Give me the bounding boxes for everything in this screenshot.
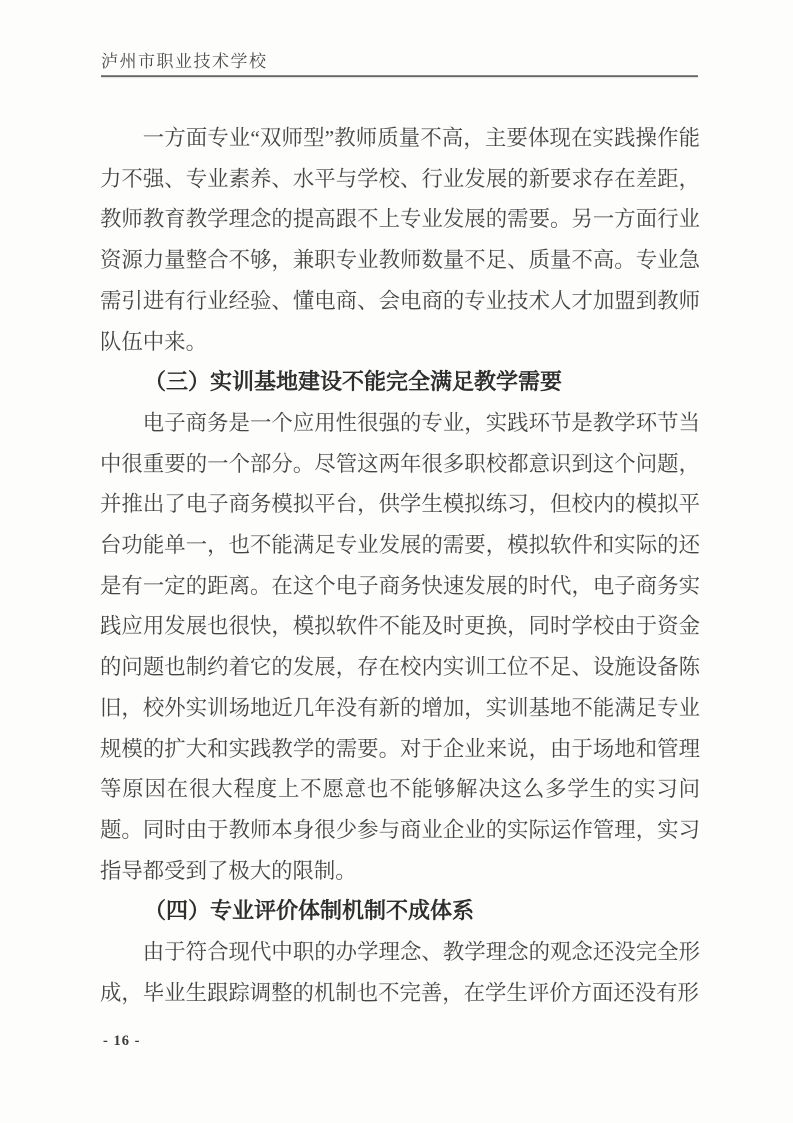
document-page: 泸州市职业技术学校 一方面专业“双师型”教师质量不高，主要体现在实践操作能力不强… bbox=[0, 0, 793, 1123]
paragraph-evaluation-system: 由于符合现代中职的办学理念、教学理念的观念还没完全形成，毕业生跟踪调整的机制也不… bbox=[100, 932, 700, 1013]
paragraph-training-base: 电子商务是一个应用性很强的专业，实践环节是教学环节当中很重要的一个部分。尽管这两… bbox=[100, 403, 700, 891]
document-body: 一方面专业“双师型”教师质量不高，主要体现在实践操作能力不强、专业素养、水平与学… bbox=[100, 118, 700, 1013]
header-rule bbox=[101, 75, 698, 77]
page-footer: - 16 - bbox=[103, 1033, 140, 1050]
heading-section-4-evaluation-system: （四）专业评价体制机制不成体系 bbox=[100, 891, 700, 932]
header-school-name: 泸州市职业技术学校 bbox=[101, 47, 268, 75]
paragraph-teacher-quality: 一方面专业“双师型”教师质量不高，主要体现在实践操作能力不强、专业素养、水平与学… bbox=[100, 118, 700, 362]
page-header: 泸州市职业技术学校 bbox=[101, 47, 698, 77]
page-number: - 16 - bbox=[103, 1033, 140, 1049]
heading-section-3-training-base: （三）实训基地建设不能完全满足教学需要 bbox=[100, 362, 700, 403]
